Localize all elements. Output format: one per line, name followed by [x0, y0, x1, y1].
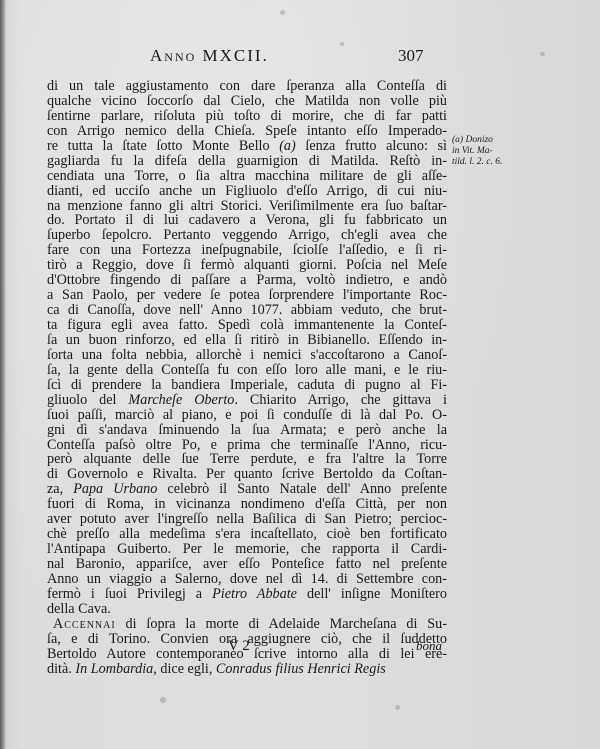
text-line: Accennai di ſopra la morte di Adelaide M… — [47, 617, 447, 632]
margin-note-line: (a) Donizo — [452, 135, 516, 146]
text-line: re tutta la ſtate ſotto Monte Bello (a) … — [47, 139, 447, 154]
text-line: za, Papa Urbano celebrò il Santo Natale … — [47, 482, 447, 497]
text-line: con Arrigo nemico della Chieſa. Speſe in… — [47, 124, 447, 139]
text-line: gagliarda fu la difeſa della guarnigion … — [47, 154, 447, 169]
text-line: qualche vicino ſoccorſo dal Cielo, che M… — [47, 94, 447, 109]
text-line: ſuperbo ſepolcro. Pertanto veggendo Arri… — [47, 228, 447, 243]
text-line: ſentirne parlare, riſoluta più toſto di … — [47, 109, 447, 124]
text-line: fuori di Roma, in vicinanza nondimeno d'… — [47, 497, 447, 512]
text-line: l'Antipapa Guiberto. Per le memorie, che… — [47, 542, 447, 557]
body-text: di un tale aggiustamento con dare ſperan… — [47, 79, 447, 677]
text-line: chè preſſo alla medeſima s'era incaſtell… — [47, 527, 447, 542]
text-line: na menzione fanno gli altri Storici. Ver… — [47, 199, 447, 214]
margin-note-line: tild. l. 2. c. 6. — [452, 157, 516, 168]
text-line: aver potuto aver l'ingreſſo nella Baſili… — [47, 512, 447, 527]
text-line: della Cava. — [47, 602, 447, 617]
text-line: ſuoi paſſi, marciò al piano, e poi ſi co… — [47, 408, 447, 423]
text-line: però alquante delle ſue Terre perdute, e… — [47, 452, 447, 467]
text-line: Conteſſa paſsò oltre Po, e prima che ter… — [47, 438, 447, 453]
catchword: bona — [416, 638, 442, 654]
text-line: a San Paolo, per vedere ſe potea ſorpren… — [47, 288, 447, 303]
text-line: cendiata una Torre, o ſia altra macchina… — [47, 169, 447, 184]
text-line: ſorta una folta nebbia, allorchè i nemic… — [47, 348, 447, 363]
text-line: Anno un viaggio a Salerno, dove nel dì 1… — [47, 572, 447, 587]
page-number: 307 — [398, 46, 424, 66]
text-line: ſa un buon rinforzo, ed ella ſi ritirò i… — [47, 333, 447, 348]
text-line: fermò i ſuoi Privilegj a Pietro Abbate d… — [47, 587, 447, 602]
text-line: gliuolo del Marcheſe Oberto. Chiarito Ar… — [47, 393, 447, 408]
text-line: fare con una Fortezza ineſpugnabile, ſci… — [47, 243, 447, 258]
text-line: d'Ottobre fingendo di paſſare a Parma, v… — [47, 273, 447, 288]
page-edge-shadow — [0, 0, 6, 749]
text-line: ſcì di prendere la bandiera Imperiale, c… — [47, 378, 447, 393]
book-page: Anno MXCII. 307 di un tale aggiustamento… — [0, 0, 600, 749]
page-footer: V 2 bona — [0, 638, 600, 656]
text-line: ſa, la gente della Conteſſa fu con eſſo … — [47, 363, 447, 378]
text-line: dianti, ed ucciſo anche un Figliuolo d'e… — [47, 184, 447, 199]
text-line: di Governolo e Rivalta. Per quanto ſcriv… — [47, 467, 447, 482]
margin-note-line: in Vit. Ma- — [452, 146, 516, 157]
margin-note: (a) Donizo in Vit. Ma- tild. l. 2. c. 6. — [452, 135, 516, 168]
text-line: gni dì s'andava ſminuendo la ſua Armata;… — [47, 423, 447, 438]
running-head-title: Anno MXCII. — [150, 46, 269, 66]
text-line: ca di Canoſſa, dove nell' Anno 1077. abb… — [47, 303, 447, 318]
text-line: dità. In Lombardia, dice egli, Conradus … — [47, 662, 447, 677]
text-line: nal Baronio, appariſce, aver eſſo Ponteſ… — [47, 557, 447, 572]
text-line: di un tale aggiustamento con dare ſperan… — [47, 79, 447, 94]
running-head: Anno MXCII. 307 — [0, 46, 600, 68]
text-line: ta figura egli avea fatto. Spedì colà im… — [47, 318, 447, 333]
text-line: tirò a Reggio, dove ſi fermò alquanti gi… — [47, 258, 447, 273]
signature-mark: V 2 — [228, 638, 250, 655]
text-line: do. Portato il di lui cadavero a Verona,… — [47, 213, 447, 228]
